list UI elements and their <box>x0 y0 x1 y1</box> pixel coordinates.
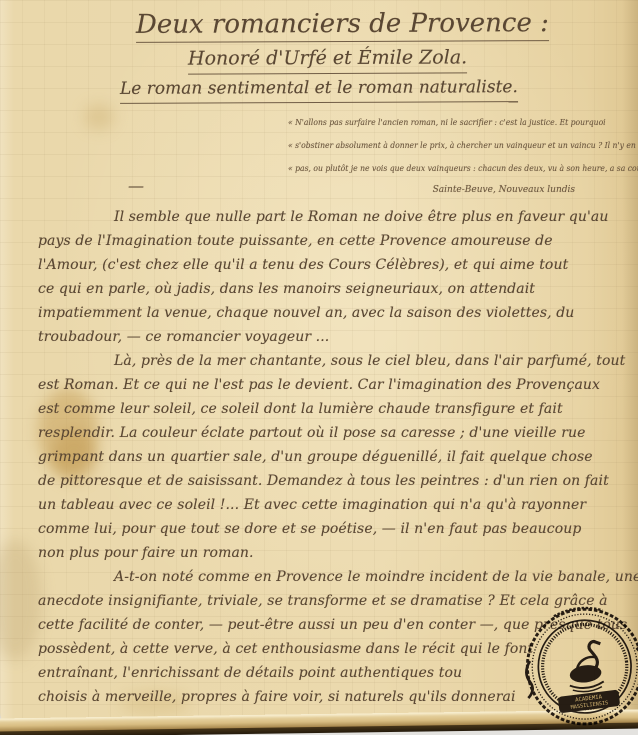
epigraph-line: « pas, ou plutôt je ne vois que deux vai… <box>288 158 599 181</box>
manuscript-line: impatiemment la venue, chaque nouvel an,… <box>38 301 622 325</box>
epigraph-lines: « N'allons pas surfaire l'ancien roman, … <box>288 112 633 180</box>
manuscript-line: de pittoresque et de saisissant. Demande… <box>38 469 622 493</box>
academy-stamp: ACADEMIA MASSILIENSIS <box>517 598 638 735</box>
title-line-3: Le roman sentimental et le roman natural… <box>0 76 638 103</box>
title-line-2: Honoré d'Urfé et Émile Zola. <box>0 44 638 74</box>
manuscript-line: anecdote insignifiante, triviale, se tra… <box>38 589 622 613</box>
title-line-1: Deux romanciers de Provence : <box>0 8 638 42</box>
epigraph: « N'allons pas surfaire l'ancien roman, … <box>288 112 633 202</box>
manuscript-line: non plus pour faire un roman. <box>38 541 622 565</box>
manuscript-line: resplendir. La couleur éclate partout où… <box>38 421 622 445</box>
manuscript-line: est Roman. Et ce qui ne l'est pas le dev… <box>38 373 622 397</box>
manuscript-line: l'Amour, (c'est chez elle qu'il a tenu d… <box>38 253 622 277</box>
manuscript-line: grimpant dans un quartier sale, d'un gro… <box>38 445 622 469</box>
manuscript-line: troubadour, — ce romancier voyageur ... <box>38 325 622 349</box>
phoenix-bird-icon <box>565 641 606 694</box>
manuscript-line: Il semble que nulle part le Roman ne doi… <box>38 205 622 229</box>
stamp-banner: ACADEMIA MASSILIENSIS <box>558 690 621 714</box>
manuscript-line: un tableau avec ce soleil !... Et avec c… <box>38 493 622 517</box>
epigraph-line: « N'allons pas surfaire l'ancien roman, … <box>288 112 599 135</box>
manuscript-page: Deux romanciers de Provence : Honoré d'U… <box>0 0 638 727</box>
manuscript-line: ce qui en parle, où jadis, dans les mano… <box>38 277 622 301</box>
epigraph-attribution: Sainte-Beuve, Nouveaux lundis <box>288 179 633 202</box>
epigraph-line: « s'obstiner absolument à donner le prix… <box>288 135 599 158</box>
scanned-manuscript: { "document": { "title": { "line1": "Deu… <box>0 0 638 735</box>
manuscript-line: A-t-on noté comme en Provence le moindre… <box>38 565 622 589</box>
paragraph-2: Là, près de la mer chantante, sous le ci… <box>38 349 622 565</box>
manuscript-line: Là, près de la mer chantante, sous le ci… <box>38 349 622 373</box>
paper-stain <box>0 540 42 660</box>
title-block: Deux romanciers de Provence : Honoré d'U… <box>0 8 638 103</box>
manuscript-line: est comme leur soleil, ce soleil dont la… <box>38 397 622 421</box>
manuscript-line: pays de l'Imagination toute puissante, e… <box>38 229 622 253</box>
section-divider-dash: — <box>128 176 144 195</box>
paper-stain <box>84 104 114 130</box>
paragraph-1: Il semble que nulle part le Roman ne doi… <box>38 205 622 349</box>
manuscript-line: comme lui, pour que tout se dore et se p… <box>38 517 622 541</box>
